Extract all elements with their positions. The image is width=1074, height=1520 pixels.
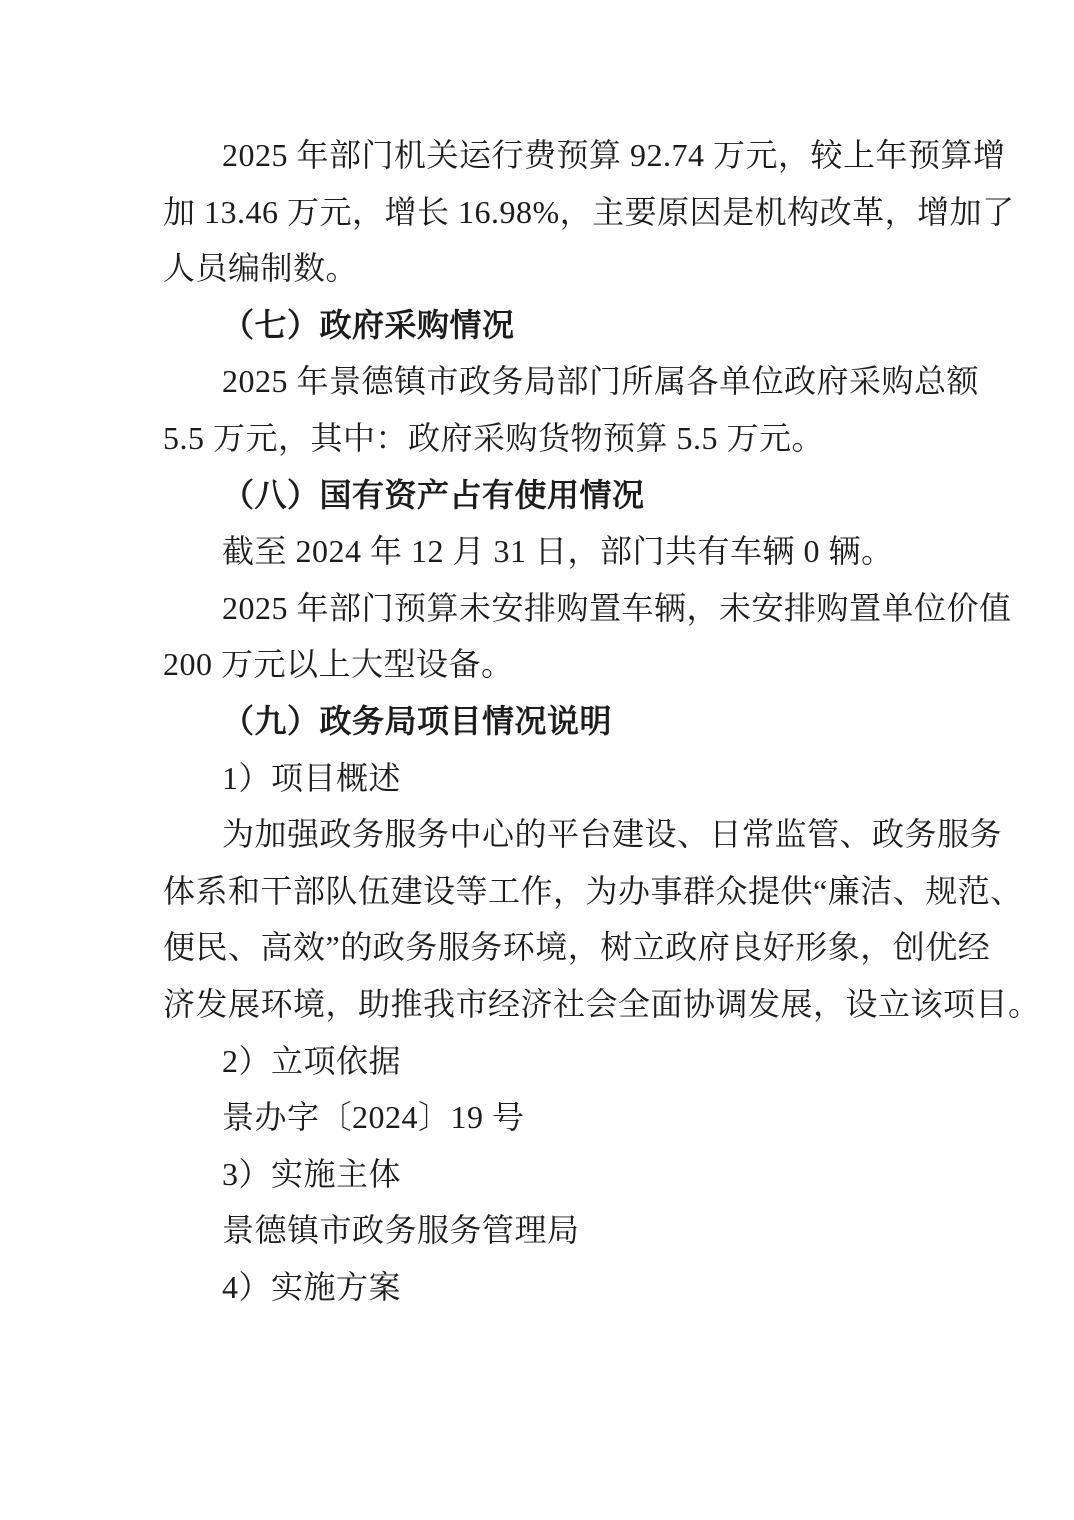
paragraph-project-overview-line-3: 便民、高效”的政务服务环境，树立政府良好形象，创优经: [163, 919, 915, 976]
paragraph-approval-document-number: 景办字〔2024〕19 号: [163, 1089, 915, 1146]
paragraph-implementing-entity-name: 景德镇市政务服务管理局: [163, 1202, 915, 1259]
subitem-2-approval-basis: 2）立项依据: [163, 1033, 915, 1090]
paragraph-operating-costs-line-1: 2025 年部门机关运行费预算 92.74 万元，较上年预算增: [163, 127, 915, 184]
paragraph-equipment-line-1: 2025 年部门预算未安排购置车辆，未安排购置单位价值: [163, 580, 915, 637]
subitem-3-implementing-entity: 3）实施主体: [163, 1146, 915, 1203]
paragraph-operating-costs-line-2: 加 13.46 万元，增长 16.98%，主要原因是机构改革，增加了: [163, 184, 915, 241]
paragraph-procurement-line-1: 2025 年景德镇市政务局部门所属各单位政府采购总额: [163, 353, 915, 410]
paragraph-operating-costs-line-3: 人员编制数。: [163, 240, 915, 297]
section-heading-8-state-assets: （八）国有资产占有使用情况: [163, 467, 915, 524]
paragraph-project-overview-line-2: 体系和干部队伍建设等工作，为办事群众提供“廉洁、规范、: [163, 863, 915, 920]
document-page: 2025 年部门机关运行费预算 92.74 万元，较上年预算增 加 13.46 …: [0, 0, 1074, 1520]
paragraph-project-overview-line-1: 为加强政务服务中心的平台建设、日常监管、政务服务: [163, 806, 915, 863]
paragraph-project-overview-line-4: 济发展环境，助推我市经济社会全面协调发展，设立该项目。: [163, 976, 915, 1033]
subitem-4-implementation-plan: 4）实施方案: [163, 1259, 915, 1316]
document-text-block: 2025 年部门机关运行费预算 92.74 万元，较上年预算增 加 13.46 …: [163, 127, 915, 1315]
subitem-1-project-overview: 1）项目概述: [163, 750, 915, 807]
paragraph-vehicles-line-1: 截至 2024 年 12 月 31 日，部门共有车辆 0 辆。: [163, 523, 915, 580]
paragraph-equipment-line-2: 200 万元以上大型设备。: [163, 636, 915, 693]
section-heading-9-project-description: （九）政务局项目情况说明: [163, 693, 915, 750]
section-heading-7-gov-procurement: （七）政府采购情况: [163, 297, 915, 354]
paragraph-procurement-line-2: 5.5 万元，其中：政府采购货物预算 5.5 万元。: [163, 410, 915, 467]
